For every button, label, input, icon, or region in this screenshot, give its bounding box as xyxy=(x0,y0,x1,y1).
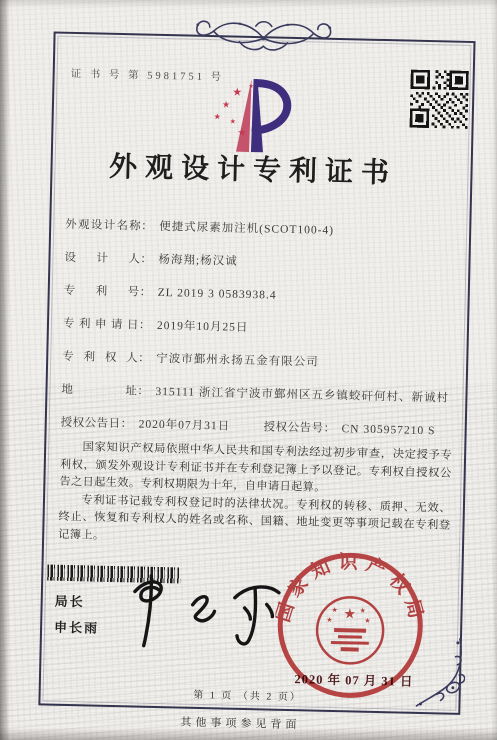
grant-date-pair: 授权公告日：2020年07月31日 xyxy=(61,417,231,433)
field-value: 便捷式尿素加注机(SCOT100-4) xyxy=(159,221,334,237)
field-row-patentee: 专利权人：宁波市鄞州永扬五金有限公司 xyxy=(62,348,457,375)
grant-date-value: 2020年07月31日 xyxy=(139,419,231,433)
svg-text:★: ★ xyxy=(214,112,221,121)
field-value: ZL 2019 3 0583938.4 xyxy=(158,287,277,302)
commissioner-name: 申长雨 xyxy=(54,617,99,637)
svg-text:★: ★ xyxy=(237,128,246,139)
field-label: 专利号 xyxy=(64,282,140,300)
svg-text:★: ★ xyxy=(331,606,337,614)
seal-date-stamp: 2020 年 07 月 31 日 xyxy=(277,669,431,690)
legal-paragraph-1: 国家知识产权局依照中华人民共和国专利法经过初步审查，决定授予专利权，颁发外观设计… xyxy=(59,439,452,501)
svg-text:★: ★ xyxy=(359,607,365,615)
field-label: 设计人 xyxy=(64,249,140,267)
svg-text:★: ★ xyxy=(248,83,254,90)
field-row-grant: 授权公告日：2020年07月31日 授权公告号：CN 305957210 S xyxy=(61,414,456,441)
legal-paragraph-2: 专利证书记载专利权登记时的法律状况。专利权的转移、质押、无效、终止、恢复和专利权… xyxy=(58,492,451,554)
qr-code-icon xyxy=(410,70,469,129)
field-colon: ： xyxy=(138,349,150,365)
field-row-filing-date: 专利申请日：2019年10月25日 xyxy=(63,315,458,342)
field-colon: ： xyxy=(137,382,149,398)
field-value: 宁波市鄞州永扬五金有限公司 xyxy=(156,353,319,369)
field-colon: ： xyxy=(141,218,153,234)
field-label: 专利申请日 xyxy=(63,315,139,333)
field-value: 315111 浙江省宁波市鄞州区五乡镇蛟矸何村、新诚村 xyxy=(155,386,449,405)
legal-text: 国家知识产权局依照中华人民共和国专利法经过初步审查，决定授予专利权，颁发外观设计… xyxy=(58,439,452,553)
field-label: 地址 xyxy=(61,381,137,399)
field-value: 2019年10月25日 xyxy=(157,320,249,334)
svg-text:★: ★ xyxy=(230,118,236,126)
top-border-ornament-icon xyxy=(179,10,348,60)
field-colon: ： xyxy=(139,317,151,333)
commissioner-title: 局长 xyxy=(55,591,85,611)
field-label: 授权公告号 xyxy=(263,418,323,435)
svg-text:★: ★ xyxy=(222,100,230,110)
field-colon: ： xyxy=(323,420,335,436)
field-value: 杨海翔;杨汉诚 xyxy=(158,254,237,268)
field-label: 授权公告日 xyxy=(61,414,121,431)
field-colon: ： xyxy=(140,284,152,300)
field-colon: ： xyxy=(121,415,133,431)
certificate-sheet: 证 书 号 第 5981751 号 ★ ★ ★ ★ ★ ★ 外观设计专利证书 外… xyxy=(0,0,497,740)
svg-text:★: ★ xyxy=(326,616,332,624)
field-label: 专利权人 xyxy=(62,348,138,366)
field-row-patent-number: 专利号：ZL 2019 3 0583938.4 xyxy=(64,282,459,309)
field-row-designer: 设计人：杨海翔;杨汉诚 xyxy=(64,249,459,276)
grant-number-value: CN 305957210 S xyxy=(341,423,435,437)
svg-text:★: ★ xyxy=(343,606,356,622)
grant-number-pair: 授权公告号：CN 305957210 S xyxy=(263,421,435,437)
svg-text:★: ★ xyxy=(364,617,370,625)
svg-text:★: ★ xyxy=(232,86,242,99)
commissioner-signature-icon xyxy=(106,569,293,658)
field-colon: ： xyxy=(140,251,152,267)
field-label: 外观设计名称 xyxy=(65,216,141,234)
field-list: 外观设计名称：便捷式尿素加注机(SCOT100-4) 设计人：杨海翔;杨汉诚 专… xyxy=(60,216,460,456)
field-row-address: 地址：315111 浙江省宁波市鄞州区五乡镇蛟矸何村、新诚村 xyxy=(61,381,456,408)
